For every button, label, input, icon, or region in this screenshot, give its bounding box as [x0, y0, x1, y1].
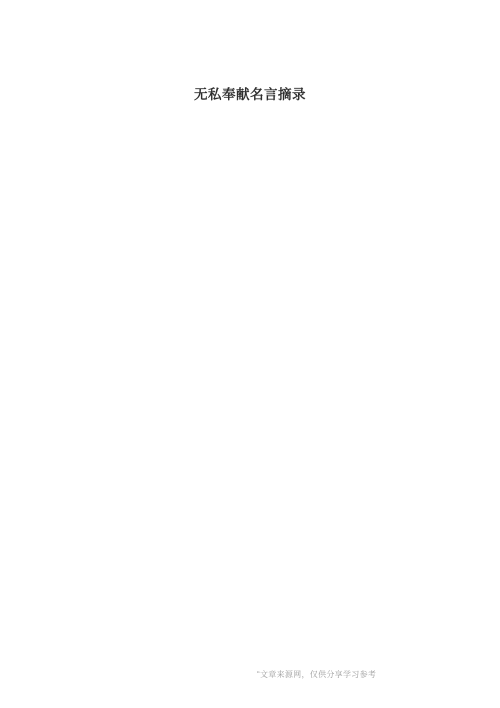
text-line	[71, 319, 439, 339]
text-line	[71, 575, 439, 595]
footer-note: “文章来源网，仅供分享学习参考	[257, 669, 376, 680]
text-line	[71, 260, 439, 280]
text-line	[71, 182, 439, 202]
document-body	[71, 123, 439, 653]
text-line	[71, 221, 439, 241]
text-line	[71, 300, 439, 320]
text-line	[71, 123, 439, 143]
text-line	[71, 477, 439, 497]
text-line	[71, 634, 439, 654]
text-line	[71, 437, 439, 457]
text-line	[71, 378, 439, 398]
document-page: 无私奉献名言摘录 “文章来源网，仅供分享学习参考	[0, 0, 500, 708]
document-title: 无私奉献名言摘录	[0, 83, 500, 103]
text-line	[71, 594, 439, 614]
text-line	[71, 280, 439, 300]
text-line	[71, 359, 439, 379]
text-line	[71, 241, 439, 261]
text-line	[71, 457, 439, 477]
text-line	[71, 339, 439, 359]
text-line	[71, 555, 439, 575]
text-line	[71, 162, 439, 182]
text-line	[71, 535, 439, 555]
text-line	[71, 418, 439, 438]
text-line	[71, 496, 439, 516]
text-line	[71, 398, 439, 418]
text-line	[71, 143, 439, 163]
text-line	[71, 202, 439, 222]
text-line	[71, 614, 439, 634]
text-line	[71, 516, 439, 536]
